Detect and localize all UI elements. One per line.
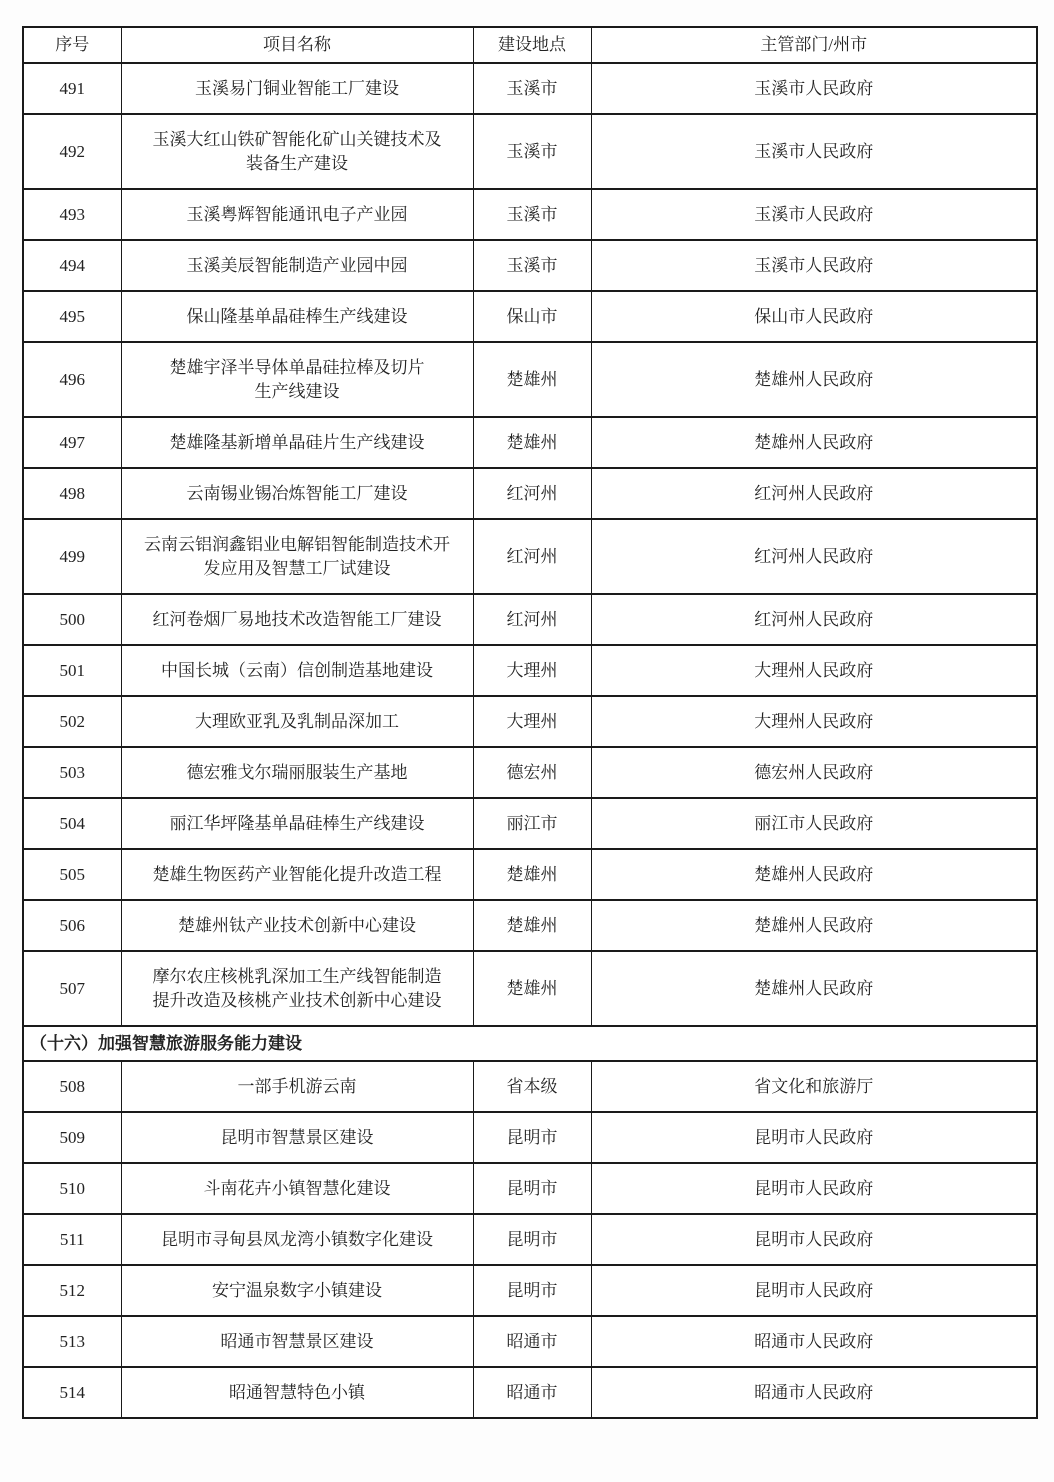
row-project-name: 大理欧亚乳及乳制品深加工 <box>121 696 473 747</box>
section-header-label: （十六）加强智慧旅游服务能力建设 <box>23 1026 1037 1061</box>
row-project-name: 中国长城（云南）信创制造基地建设 <box>121 645 473 696</box>
table-row: 492玉溪大红山铁矿智能化矿山关键技术及 装备生产建设玉溪市玉溪市人民政府 <box>23 114 1037 189</box>
row-project-name: 楚雄宇泽半导体单晶硅拉棒及切片 生产线建设 <box>121 342 473 417</box>
row-authority: 玉溪市人民政府 <box>591 114 1037 189</box>
row-serial: 491 <box>23 63 121 114</box>
row-project-name: 楚雄州钛产业技术创新中心建设 <box>121 900 473 951</box>
row-authority: 省文化和旅游厅 <box>591 1061 1037 1112</box>
row-authority: 玉溪市人民政府 <box>591 63 1037 114</box>
row-project-name: 玉溪易门铜业智能工厂建设 <box>121 63 473 114</box>
row-project-name: 红河卷烟厂易地技术改造智能工厂建设 <box>121 594 473 645</box>
table-row: 511昆明市寻甸县凤龙湾小镇数字化建设昆明市昆明市人民政府 <box>23 1214 1037 1265</box>
row-serial: 495 <box>23 291 121 342</box>
row-serial: 507 <box>23 951 121 1026</box>
row-location: 红河州 <box>473 594 591 645</box>
row-project-name: 安宁温泉数字小镇建设 <box>121 1265 473 1316</box>
row-location: 红河州 <box>473 468 591 519</box>
row-authority: 昭通市人民政府 <box>591 1367 1037 1418</box>
row-project-name: 楚雄隆基新增单晶硅片生产线建设 <box>121 417 473 468</box>
table-row: 491玉溪易门铜业智能工厂建设玉溪市玉溪市人民政府 <box>23 63 1037 114</box>
row-project-name: 摩尔农庄核桃乳深加工生产线智能制造 提升改造及核桃产业技术创新中心建设 <box>121 951 473 1026</box>
row-serial: 512 <box>23 1265 121 1316</box>
table-row: 508一部手机游云南省本级省文化和旅游厅 <box>23 1061 1037 1112</box>
row-location: 昆明市 <box>473 1265 591 1316</box>
row-authority: 楚雄州人民政府 <box>591 951 1037 1026</box>
column-header-location: 建设地点 <box>473 27 591 63</box>
row-serial: 504 <box>23 798 121 849</box>
row-authority: 德宏州人民政府 <box>591 747 1037 798</box>
row-serial: 508 <box>23 1061 121 1112</box>
table-body: 491玉溪易门铜业智能工厂建设玉溪市玉溪市人民政府492玉溪大红山铁矿智能化矿山… <box>23 63 1037 1418</box>
table-row: 497楚雄隆基新增单晶硅片生产线建设楚雄州楚雄州人民政府 <box>23 417 1037 468</box>
row-serial: 511 <box>23 1214 121 1265</box>
table-row: 505楚雄生物医药产业智能化提升改造工程楚雄州楚雄州人民政府 <box>23 849 1037 900</box>
column-header-serial: 序号 <box>23 27 121 63</box>
row-location: 昆明市 <box>473 1163 591 1214</box>
column-header-authority: 主管部门/州市 <box>591 27 1037 63</box>
table-row: 493玉溪粤辉智能通讯电子产业园玉溪市玉溪市人民政府 <box>23 189 1037 240</box>
row-authority: 楚雄州人民政府 <box>591 900 1037 951</box>
row-project-name: 云南锡业锡冶炼智能工厂建设 <box>121 468 473 519</box>
row-serial: 502 <box>23 696 121 747</box>
table-row: 499云南云铝润鑫铝业电解铝智能制造技术开 发应用及智慧工厂试建设红河州红河州人… <box>23 519 1037 594</box>
row-serial: 510 <box>23 1163 121 1214</box>
table-row: 501中国长城（云南）信创制造基地建设大理州大理州人民政府 <box>23 645 1037 696</box>
row-project-name: 昆明市寻甸县凤龙湾小镇数字化建设 <box>121 1214 473 1265</box>
row-location: 昆明市 <box>473 1214 591 1265</box>
row-serial: 500 <box>23 594 121 645</box>
row-serial: 514 <box>23 1367 121 1418</box>
row-serial: 497 <box>23 417 121 468</box>
row-project-name: 斗南花卉小镇智慧化建设 <box>121 1163 473 1214</box>
table-row: 495保山隆基单晶硅棒生产线建设保山市保山市人民政府 <box>23 291 1037 342</box>
row-project-name: 丽江华坪隆基单晶硅棒生产线建设 <box>121 798 473 849</box>
row-project-name: 保山隆基单晶硅棒生产线建设 <box>121 291 473 342</box>
table-row: 512安宁温泉数字小镇建设昆明市昆明市人民政府 <box>23 1265 1037 1316</box>
row-project-name: 玉溪大红山铁矿智能化矿山关键技术及 装备生产建设 <box>121 114 473 189</box>
row-project-name: 玉溪美辰智能制造产业园中园 <box>121 240 473 291</box>
row-authority: 红河州人民政府 <box>591 468 1037 519</box>
row-authority: 昆明市人民政府 <box>591 1265 1037 1316</box>
row-authority: 丽江市人民政府 <box>591 798 1037 849</box>
row-project-name: 德宏雅戈尔瑞丽服装生产基地 <box>121 747 473 798</box>
row-location: 玉溪市 <box>473 189 591 240</box>
row-project-name: 昭通市智慧景区建设 <box>121 1316 473 1367</box>
row-authority: 楚雄州人民政府 <box>591 342 1037 417</box>
row-authority: 昆明市人民政府 <box>591 1163 1037 1214</box>
row-location: 玉溪市 <box>473 114 591 189</box>
row-project-name: 玉溪粤辉智能通讯电子产业园 <box>121 189 473 240</box>
row-location: 红河州 <box>473 519 591 594</box>
row-serial: 499 <box>23 519 121 594</box>
row-authority: 红河州人民政府 <box>591 519 1037 594</box>
row-project-name: 昆明市智慧景区建设 <box>121 1112 473 1163</box>
section-header-row: （十六）加强智慧旅游服务能力建设 <box>23 1026 1037 1061</box>
row-authority: 红河州人民政府 <box>591 594 1037 645</box>
row-project-name: 云南云铝润鑫铝业电解铝智能制造技术开 发应用及智慧工厂试建设 <box>121 519 473 594</box>
row-serial: 498 <box>23 468 121 519</box>
table-row: 510斗南花卉小镇智慧化建设昆明市昆明市人民政府 <box>23 1163 1037 1214</box>
column-header-project-name: 项目名称 <box>121 27 473 63</box>
row-authority: 昆明市人民政府 <box>591 1112 1037 1163</box>
row-serial: 513 <box>23 1316 121 1367</box>
row-serial: 509 <box>23 1112 121 1163</box>
row-location: 楚雄州 <box>473 342 591 417</box>
project-table: 序号 项目名称 建设地点 主管部门/州市 491玉溪易门铜业智能工厂建设玉溪市玉… <box>22 26 1038 1419</box>
row-authority: 昆明市人民政府 <box>591 1214 1037 1265</box>
row-project-name: 昭通智慧特色小镇 <box>121 1367 473 1418</box>
table-row: 513昭通市智慧景区建设昭通市昭通市人民政府 <box>23 1316 1037 1367</box>
row-location: 楚雄州 <box>473 849 591 900</box>
row-serial: 496 <box>23 342 121 417</box>
row-project-name: 楚雄生物医药产业智能化提升改造工程 <box>121 849 473 900</box>
table-row: 494玉溪美辰智能制造产业园中园玉溪市玉溪市人民政府 <box>23 240 1037 291</box>
row-location: 大理州 <box>473 645 591 696</box>
row-authority: 昭通市人民政府 <box>591 1316 1037 1367</box>
header-row: 序号 项目名称 建设地点 主管部门/州市 <box>23 27 1037 63</box>
table-header: 序号 项目名称 建设地点 主管部门/州市 <box>23 27 1037 63</box>
row-authority: 玉溪市人民政府 <box>591 189 1037 240</box>
row-location: 昆明市 <box>473 1112 591 1163</box>
row-location: 楚雄州 <box>473 951 591 1026</box>
row-serial: 506 <box>23 900 121 951</box>
row-authority: 保山市人民政府 <box>591 291 1037 342</box>
table-row: 502大理欧亚乳及乳制品深加工大理州大理州人民政府 <box>23 696 1037 747</box>
table-row: 504丽江华坪隆基单晶硅棒生产线建设丽江市丽江市人民政府 <box>23 798 1037 849</box>
row-authority: 大理州人民政府 <box>591 645 1037 696</box>
row-authority: 玉溪市人民政府 <box>591 240 1037 291</box>
row-authority: 楚雄州人民政府 <box>591 849 1037 900</box>
row-serial: 503 <box>23 747 121 798</box>
row-location: 德宏州 <box>473 747 591 798</box>
row-location: 大理州 <box>473 696 591 747</box>
row-authority: 楚雄州人民政府 <box>591 417 1037 468</box>
row-serial: 494 <box>23 240 121 291</box>
row-location: 丽江市 <box>473 798 591 849</box>
table-row: 496楚雄宇泽半导体单晶硅拉棒及切片 生产线建设楚雄州楚雄州人民政府 <box>23 342 1037 417</box>
table-row: 500红河卷烟厂易地技术改造智能工厂建设红河州红河州人民政府 <box>23 594 1037 645</box>
row-location: 玉溪市 <box>473 63 591 114</box>
row-location: 楚雄州 <box>473 417 591 468</box>
table-row: 509昆明市智慧景区建设昆明市昆明市人民政府 <box>23 1112 1037 1163</box>
row-location: 楚雄州 <box>473 900 591 951</box>
row-serial: 492 <box>23 114 121 189</box>
table-row: 506楚雄州钛产业技术创新中心建设楚雄州楚雄州人民政府 <box>23 900 1037 951</box>
row-location: 昭通市 <box>473 1316 591 1367</box>
row-serial: 493 <box>23 189 121 240</box>
row-serial: 505 <box>23 849 121 900</box>
table-row: 503德宏雅戈尔瑞丽服装生产基地德宏州德宏州人民政府 <box>23 747 1037 798</box>
row-location: 玉溪市 <box>473 240 591 291</box>
row-location: 昭通市 <box>473 1367 591 1418</box>
table-row: 514昭通智慧特色小镇昭通市昭通市人民政府 <box>23 1367 1037 1418</box>
row-location: 保山市 <box>473 291 591 342</box>
table-row: 498云南锡业锡冶炼智能工厂建设红河州红河州人民政府 <box>23 468 1037 519</box>
table-row: 507摩尔农庄核桃乳深加工生产线智能制造 提升改造及核桃产业技术创新中心建设楚雄… <box>23 951 1037 1026</box>
document-page: 序号 项目名称 建设地点 主管部门/州市 491玉溪易门铜业智能工厂建设玉溪市玉… <box>0 0 1054 1482</box>
row-project-name: 一部手机游云南 <box>121 1061 473 1112</box>
row-serial: 501 <box>23 645 121 696</box>
row-location: 省本级 <box>473 1061 591 1112</box>
row-authority: 大理州人民政府 <box>591 696 1037 747</box>
